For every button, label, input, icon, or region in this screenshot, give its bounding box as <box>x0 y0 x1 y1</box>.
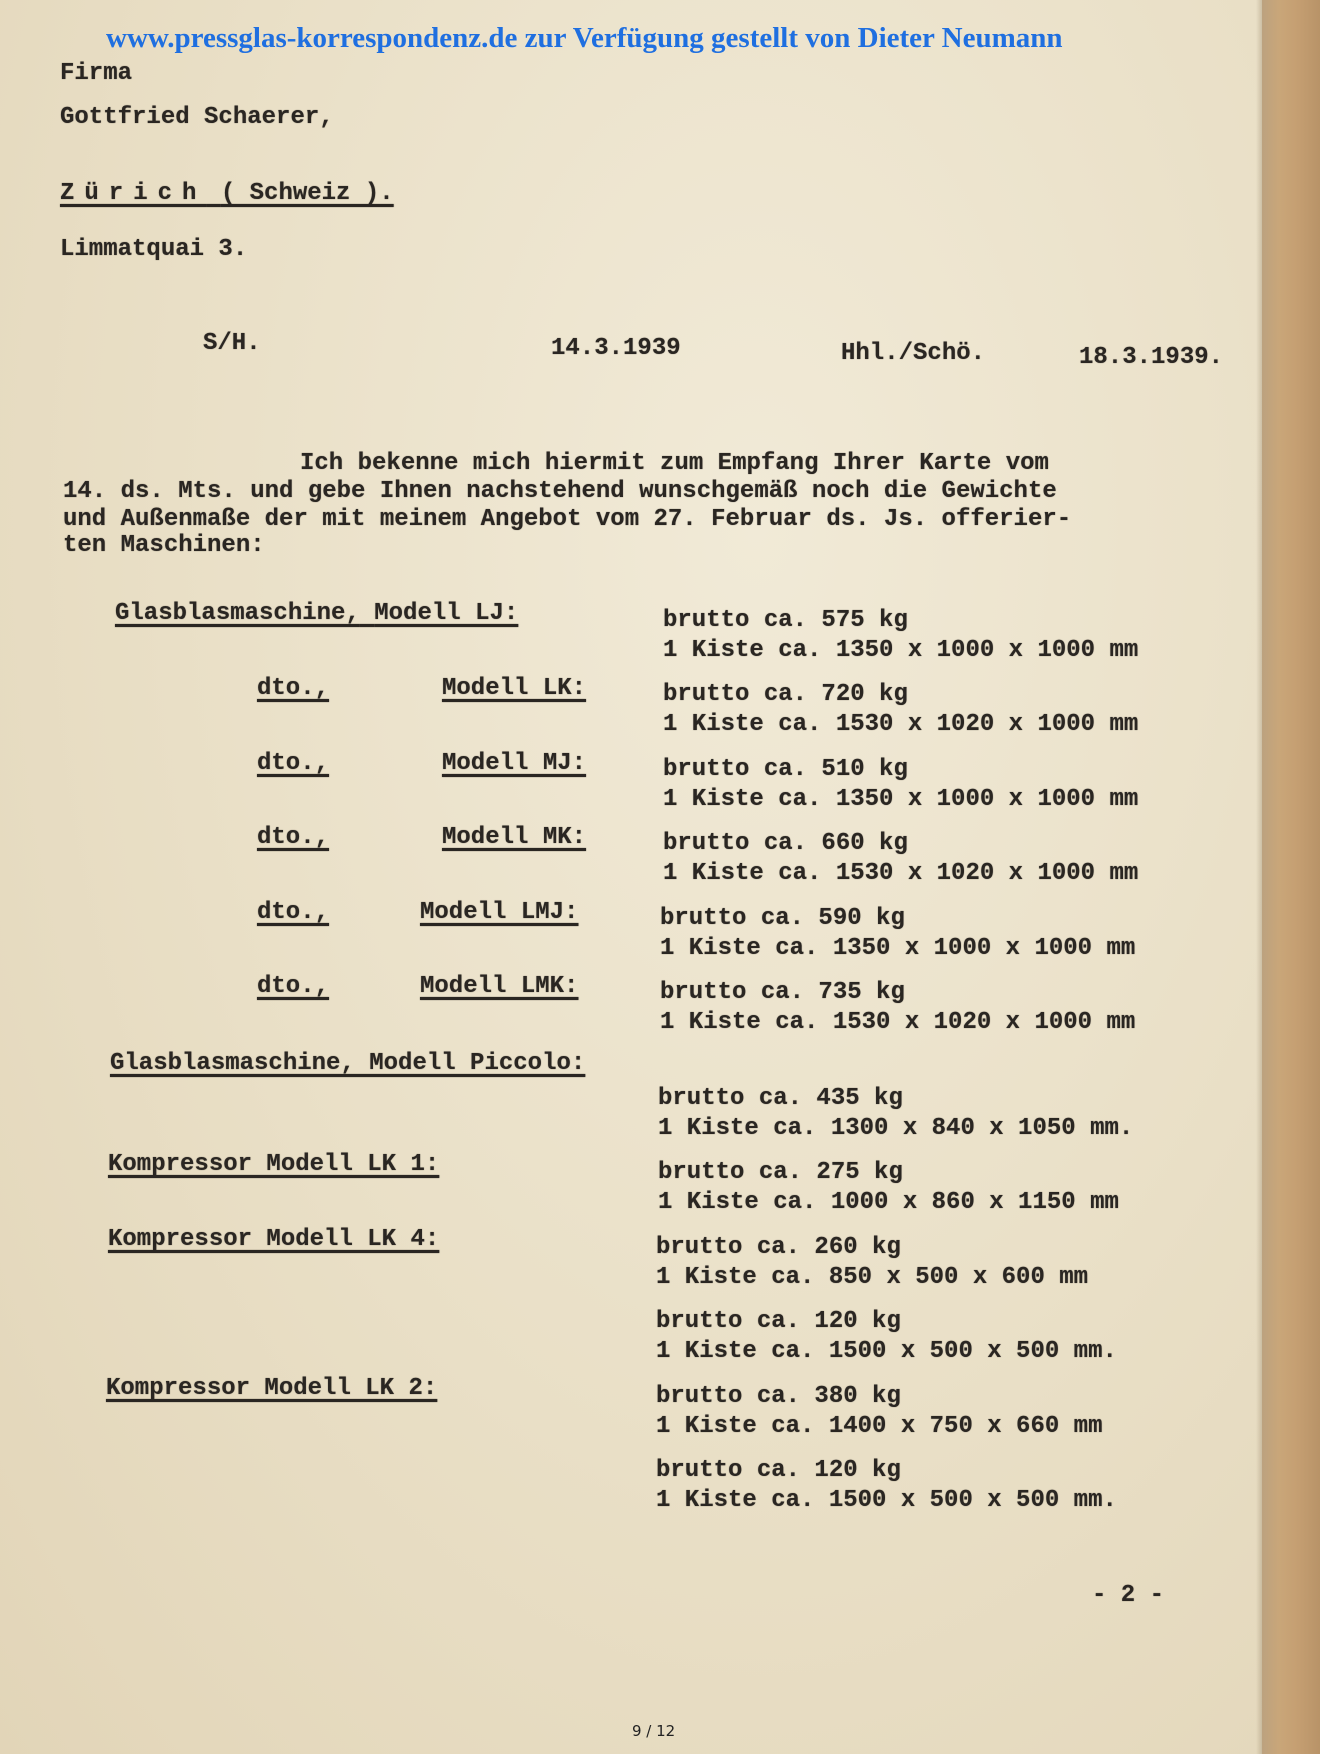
item-box: 1 Kiste ca. 1400 x 750 x 660 mm <box>656 1413 1102 1440</box>
item-weight-2: brutto ca. 120 kg <box>656 1457 901 1484</box>
address-city-name: Zürich <box>60 180 206 207</box>
item-box: 1 Kiste ca. 1350 x 1000 x 1000 mm <box>663 786 1138 813</box>
item-weight: brutto ca. 435 kg <box>658 1085 903 1112</box>
item-box: 1 Kiste ca. 1530 x 1020 x 1000 mm <box>660 1009 1135 1036</box>
item-prefix: dto., <box>257 824 329 851</box>
item-box: 1 Kiste ca. 1350 x 1000 x 1000 mm <box>660 935 1135 962</box>
item-model: Modell LMJ: <box>420 899 578 926</box>
ref-your-date: 14.3.1939 <box>551 335 681 362</box>
item-box: 1 Kiste ca. 1530 x 1020 x 1000 mm <box>663 860 1138 887</box>
item-model: Modell MK: <box>442 824 586 851</box>
ref-your-sign: S/H. <box>203 330 261 357</box>
item-model: Modell MJ: <box>442 750 586 777</box>
item-box: 1 Kiste ca. 1530 x 1020 x 1000 mm <box>663 711 1138 738</box>
item-weight: brutto ca. 575 kg <box>663 607 908 634</box>
body-line-3: und Außenmaße der mit meinem Angebot vom… <box>63 506 1071 533</box>
address-city: Zürich ( Schweiz ). <box>60 180 394 207</box>
item-weight: brutto ca. 510 kg <box>663 756 908 783</box>
watermark-link[interactable]: www.pressglas-korrespondenz.de zur Verfü… <box>106 22 1063 55</box>
page-marker: - 2 - <box>1092 1582 1164 1609</box>
item-label: Kompressor Modell LK 2: <box>106 1375 437 1402</box>
item-weight: brutto ca. 380 kg <box>656 1383 901 1410</box>
page-binding-edge <box>1262 0 1320 1754</box>
item-box-2: 1 Kiste ca. 1500 x 500 x 500 mm. <box>656 1487 1117 1514</box>
item-weight: brutto ca. 590 kg <box>660 905 905 932</box>
item-box: 1 Kiste ca. 850 x 500 x 600 mm <box>656 1264 1088 1291</box>
ref-date: 18.3.1939. <box>1079 344 1223 371</box>
address-country: ( Schweiz ). <box>221 180 394 207</box>
item-weight: brutto ca. 735 kg <box>660 979 905 1006</box>
item-box-2: 1 Kiste ca. 1500 x 500 x 500 mm. <box>656 1338 1117 1365</box>
address-street: Limmatquai 3. <box>60 236 247 263</box>
item-label: Kompressor Modell LK 4: <box>108 1226 439 1253</box>
item-label: Kompressor Modell LK 1: <box>108 1151 439 1178</box>
item-box: 1 Kiste ca. 1000 x 860 x 1150 mm <box>658 1189 1119 1216</box>
item-weight: brutto ca. 660 kg <box>663 830 908 857</box>
ref-our-sign: Hhl./Schö. <box>841 340 985 367</box>
body-line-1: Ich bekenne mich hiermit zum Empfang Ihr… <box>300 450 1049 477</box>
item-label: Glasblasmaschine, Modell LJ: <box>115 600 518 627</box>
page-indicator: 9 / 12 <box>632 1722 675 1740</box>
item-prefix: dto., <box>257 899 329 926</box>
item-prefix: dto., <box>257 675 329 702</box>
item-weight: brutto ca. 275 kg <box>658 1159 903 1186</box>
item-box: 1 Kiste ca. 1350 x 1000 x 1000 mm <box>663 637 1138 664</box>
item-weight: brutto ca. 260 kg <box>656 1234 901 1261</box>
item-box: 1 Kiste ca. 1300 x 840 x 1050 mm. <box>658 1115 1133 1142</box>
item-weight-2: brutto ca. 120 kg <box>656 1308 901 1335</box>
item-model: Modell LK: <box>442 675 586 702</box>
item-model: Modell LMK: <box>420 973 578 1000</box>
item-label: Glasblasmaschine, Modell Piccolo: <box>110 1050 585 1077</box>
address-company: Gottfried Schaerer, <box>60 104 334 131</box>
item-weight: brutto ca. 720 kg <box>663 681 908 708</box>
item-prefix: dto., <box>257 750 329 777</box>
body-line-4: ten Maschinen: <box>63 532 265 559</box>
address-firma: Firma <box>60 60 132 87</box>
body-line-2: 14. ds. Mts. und gebe Ihnen nachstehend … <box>63 478 1057 505</box>
item-prefix: dto., <box>257 973 329 1000</box>
